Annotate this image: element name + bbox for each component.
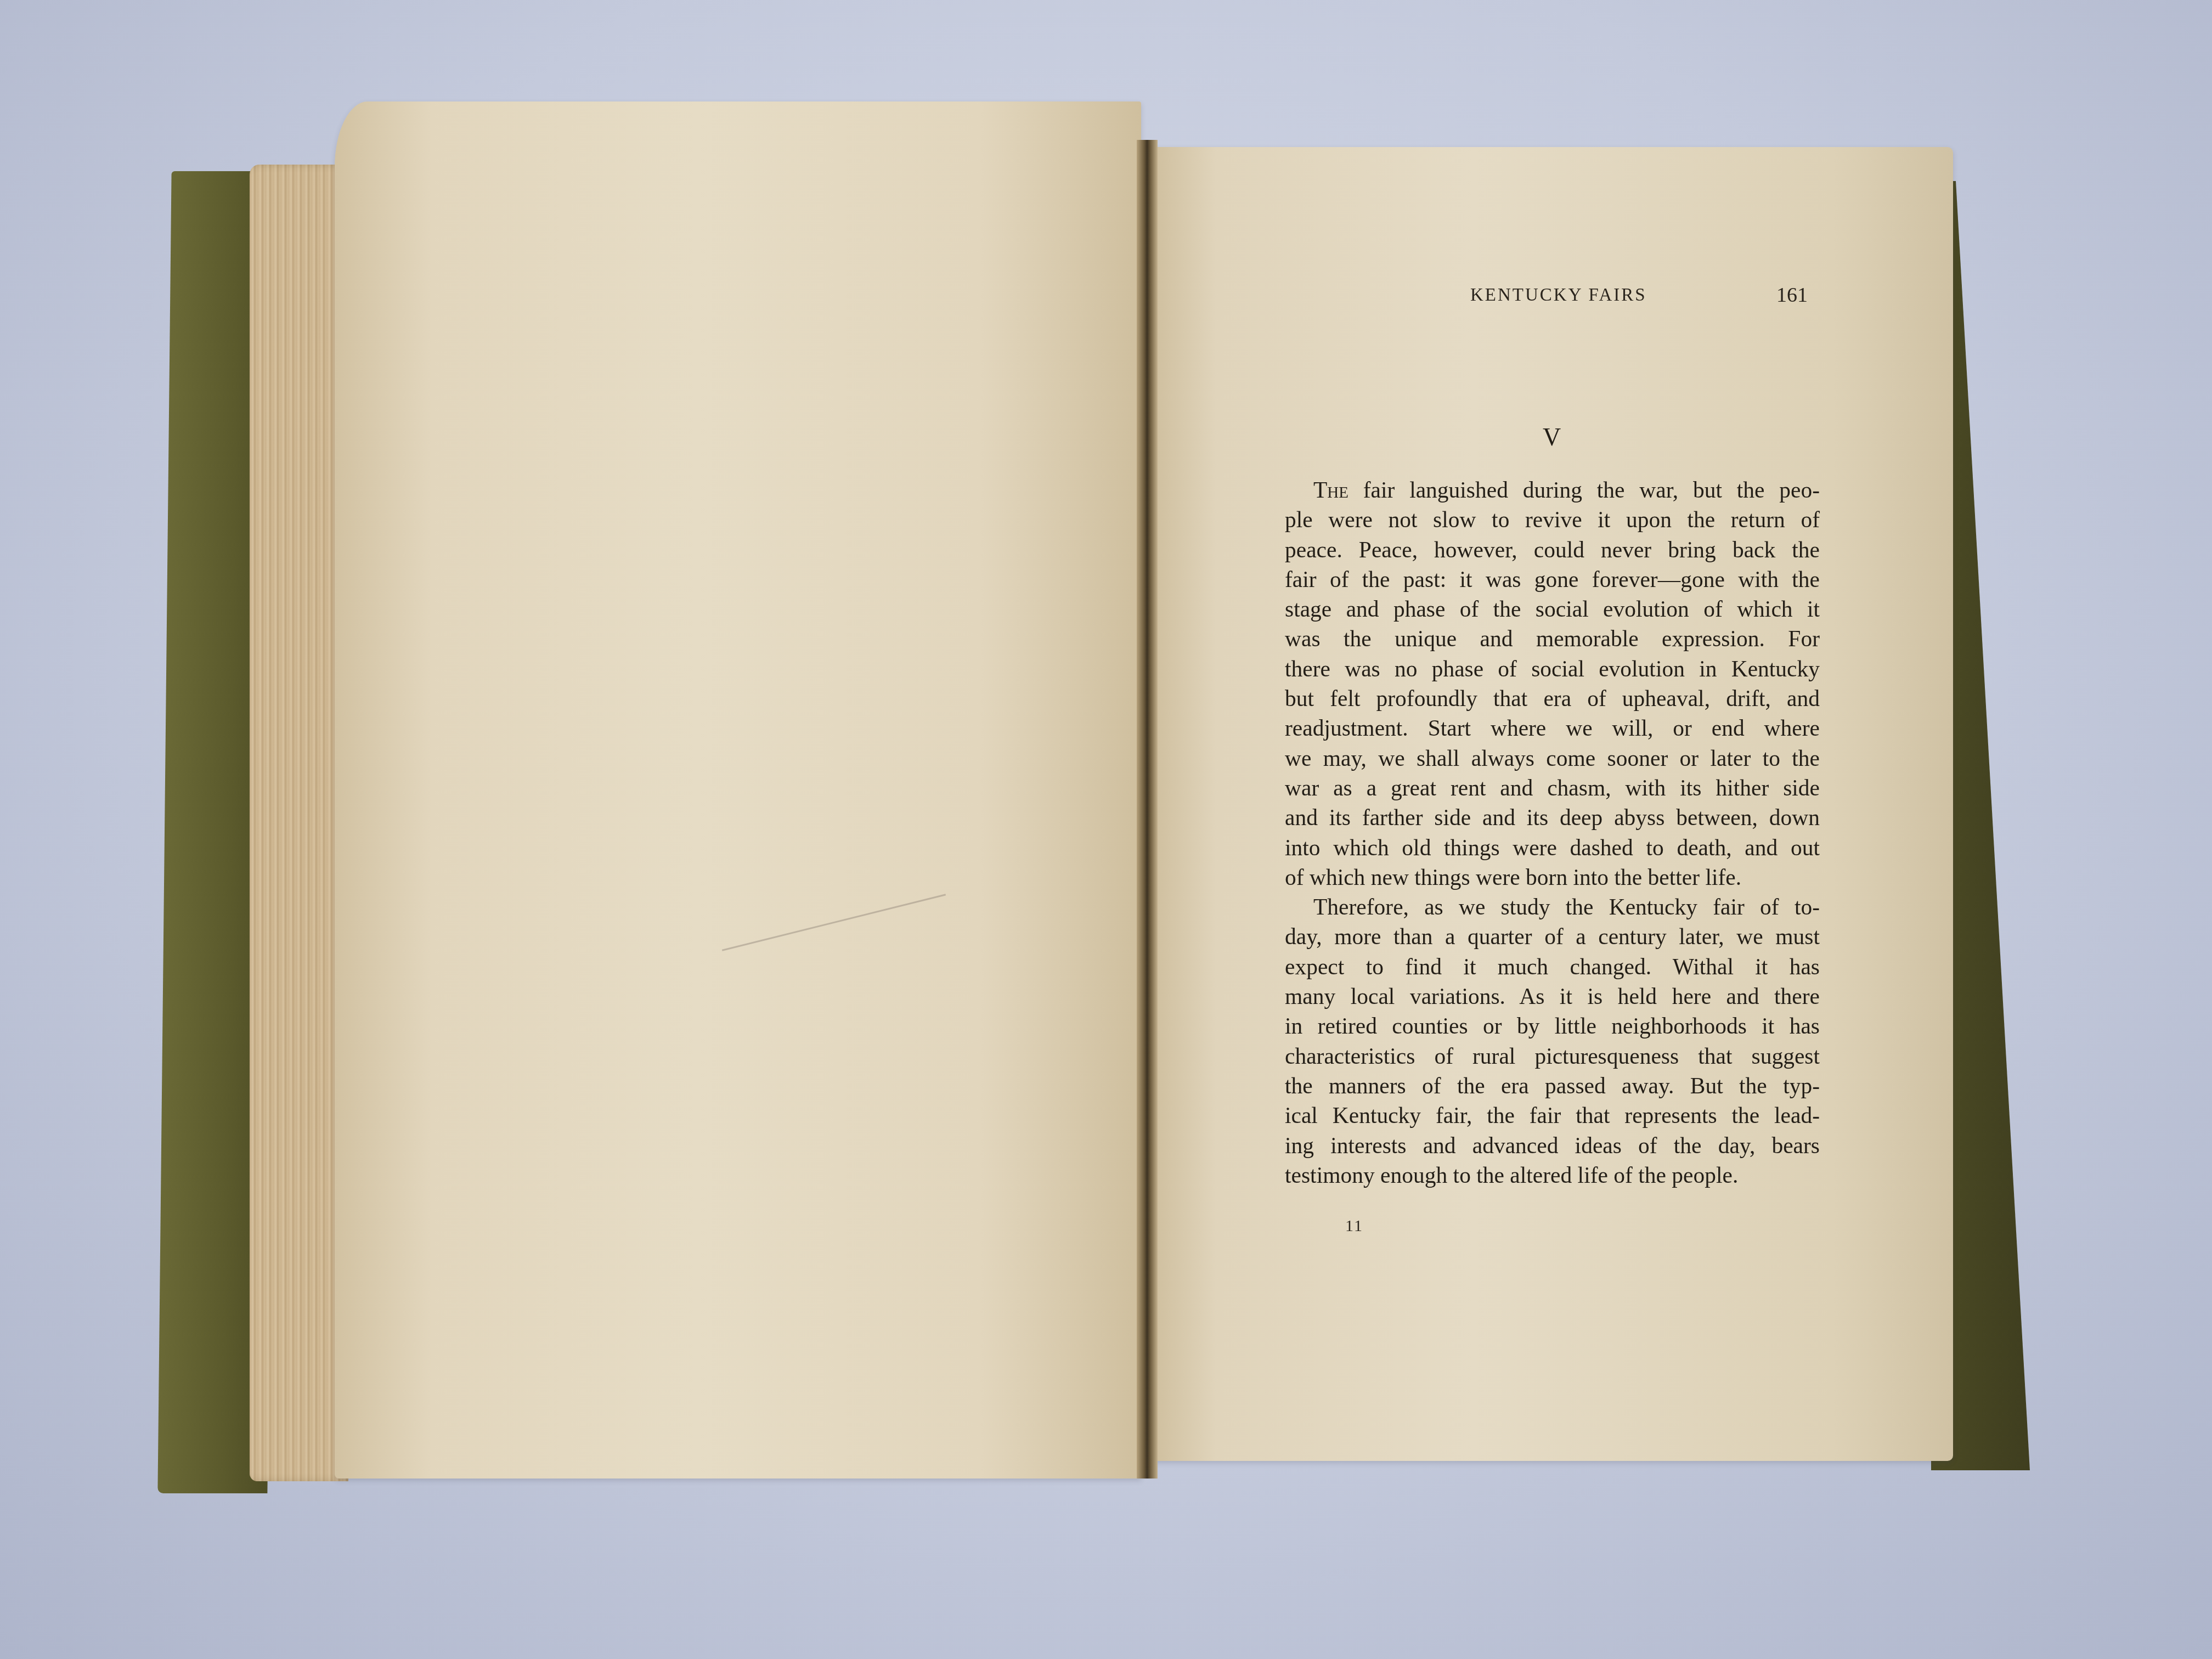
book-gutter-spine [1137, 140, 1158, 1479]
text-line: The fair languished during the war, but … [1285, 475, 1820, 505]
text-line: many local variations. As it is held her… [1285, 981, 1820, 1011]
text-line: Therefore, as we study the Kentucky fair… [1285, 892, 1820, 922]
chapter-numeral: V [1543, 422, 1561, 452]
drop-word: The [1313, 477, 1348, 503]
text-line: peace. Peace, however, could never bring… [1285, 535, 1820, 565]
text-line: war as a great rent and chasm, with its … [1285, 773, 1820, 803]
text-line: but felt profoundly that era of upheaval… [1285, 684, 1820, 713]
text-line: ple were not slow to revive it upon the … [1285, 505, 1820, 534]
text-line: testimony enough to the altered life of … [1285, 1160, 1820, 1190]
text-line: the manners of the era passed away. But … [1285, 1071, 1820, 1101]
body-text: The fair languished during the war, but … [1285, 475, 1820, 1190]
text-line: in retired counties or by little neighbo… [1285, 1011, 1820, 1041]
page-stack-fore-edge [250, 165, 348, 1481]
text-line: expect to find it much changed. Withal i… [1285, 952, 1820, 981]
signature-mark: 11 [1345, 1217, 1363, 1235]
text-line: we may, we shall always come sooner or l… [1285, 743, 1820, 773]
text-line: day, more than a quarter of a century la… [1285, 922, 1820, 951]
text-line: readjustment. Start where we will, or en… [1285, 713, 1820, 743]
text-line: was the unique and memorable expression.… [1285, 624, 1820, 653]
text-line: into which old things were dashed to dea… [1285, 833, 1820, 862]
running-head: KENTUCKY FAIRS [1470, 285, 1647, 306]
text-line: fair of the past: it was gone forever—go… [1285, 565, 1820, 594]
text-line: ical Kentucky fair, the fair that repres… [1285, 1101, 1820, 1130]
text-line: of which new things were born into the b… [1285, 862, 1820, 892]
text-line: and its farther side and its deep abyss … [1285, 803, 1820, 832]
text-line: ing interests and advanced ideas of the … [1285, 1131, 1820, 1160]
text-line: there was no phase of social evolution i… [1285, 654, 1820, 684]
text-line: characteristics of rural picturesqueness… [1285, 1041, 1820, 1071]
left-page-blank [335, 101, 1141, 1479]
page-number: 161 [1776, 283, 1808, 307]
text-line: stage and phase of the social evolution … [1285, 594, 1820, 624]
